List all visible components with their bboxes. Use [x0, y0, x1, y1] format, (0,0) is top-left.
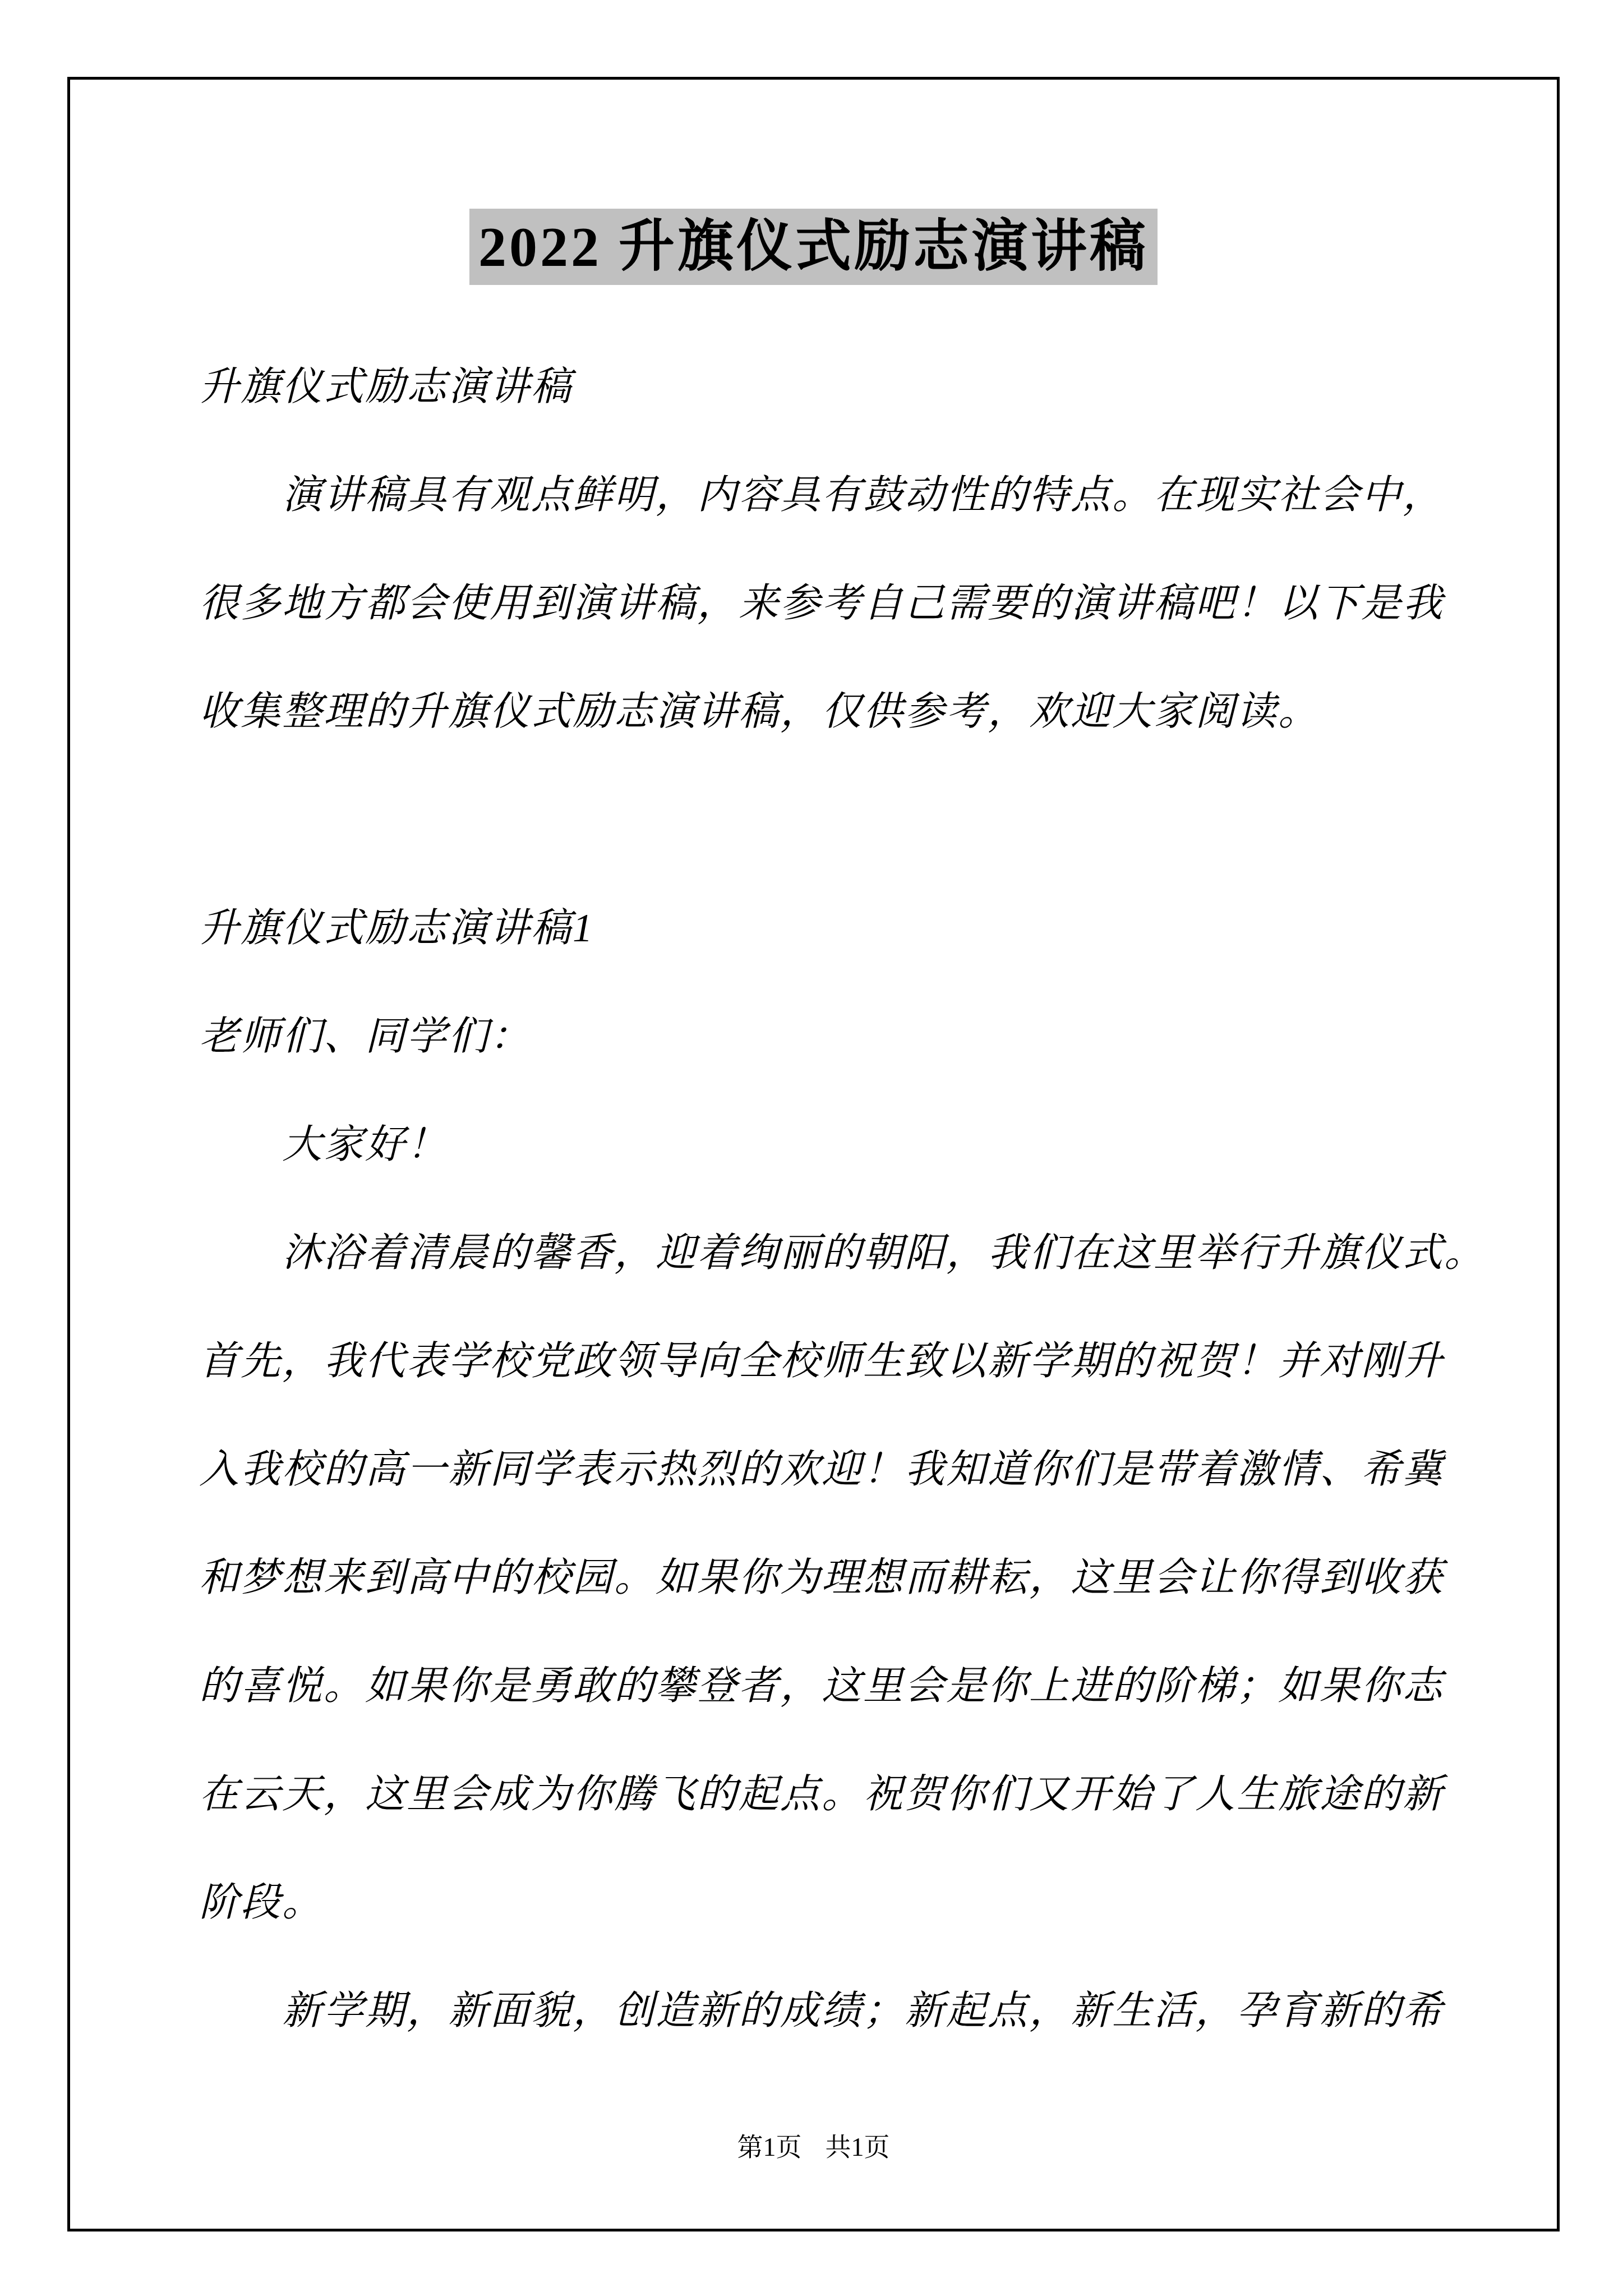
text-line: 升旗仪式励志演讲稿 [199, 333, 1433, 441]
text-line: 很多地方都会使用到演讲稿，来参考自己需要的演讲稿吧！以下是我 [199, 550, 1433, 658]
document-page: 2022 升旗仪式励志演讲稿 升旗仪式励志演讲稿演讲稿具有观点鲜明，内容具有鼓动… [0, 0, 1623, 2296]
text-line: 演讲稿具有观点鲜明，内容具有鼓动性的特点。在现实社会中， [199, 441, 1433, 550]
text-line: 和梦想来到高中的校园。如果你为理想而耕耘，这里会让你得到收获 [199, 1524, 1433, 1632]
text-line: 老师们、同学们： [199, 983, 1433, 1091]
blank-line [199, 766, 1433, 875]
title-row: 2022 升旗仪式励志演讲稿 [67, 209, 1560, 285]
text-line: 沐浴着清晨的馨香，迎着绚丽的朝阳，我们在这里举行升旗仪式。 [199, 1199, 1433, 1308]
text-line: 在云天，这里会成为你腾飞的起点。祝贺你们又开始了人生旅途的新 [199, 1741, 1433, 1849]
body-text: 升旗仪式励志演讲稿演讲稿具有观点鲜明，内容具有鼓动性的特点。在现实社会中，很多地… [199, 333, 1433, 2065]
document-title: 2022 升旗仪式励志演讲稿 [469, 209, 1158, 285]
text-line: 阶段。 [199, 1849, 1433, 1957]
footer-page-total: 共1页 [826, 2133, 890, 2161]
page-footer: 第1页共1页 [67, 2131, 1560, 2164]
text-line: 新学期，新面貌，创造新的成绩；新起点，新生活，孕育新的希 [199, 1957, 1433, 2065]
text-line: 入我校的高一新同学表示热烈的欢迎！我知道你们是带着激情、希冀 [199, 1416, 1433, 1524]
text-line: 首先，我代表学校党政领导向全校师生致以新学期的祝贺！并对刚升 [199, 1308, 1433, 1416]
text-line: 的喜悦。如果你是勇敢的攀登者，这里会是你上进的阶梯；如果你志 [199, 1632, 1433, 1741]
text-line: 收集整理的升旗仪式励志演讲稿，仅供参考，欢迎大家阅读。 [199, 658, 1433, 766]
text-line: 大家好！ [199, 1091, 1433, 1199]
text-line: 升旗仪式励志演讲稿1 [199, 875, 1433, 983]
footer-page-number: 第1页 [737, 2133, 802, 2161]
